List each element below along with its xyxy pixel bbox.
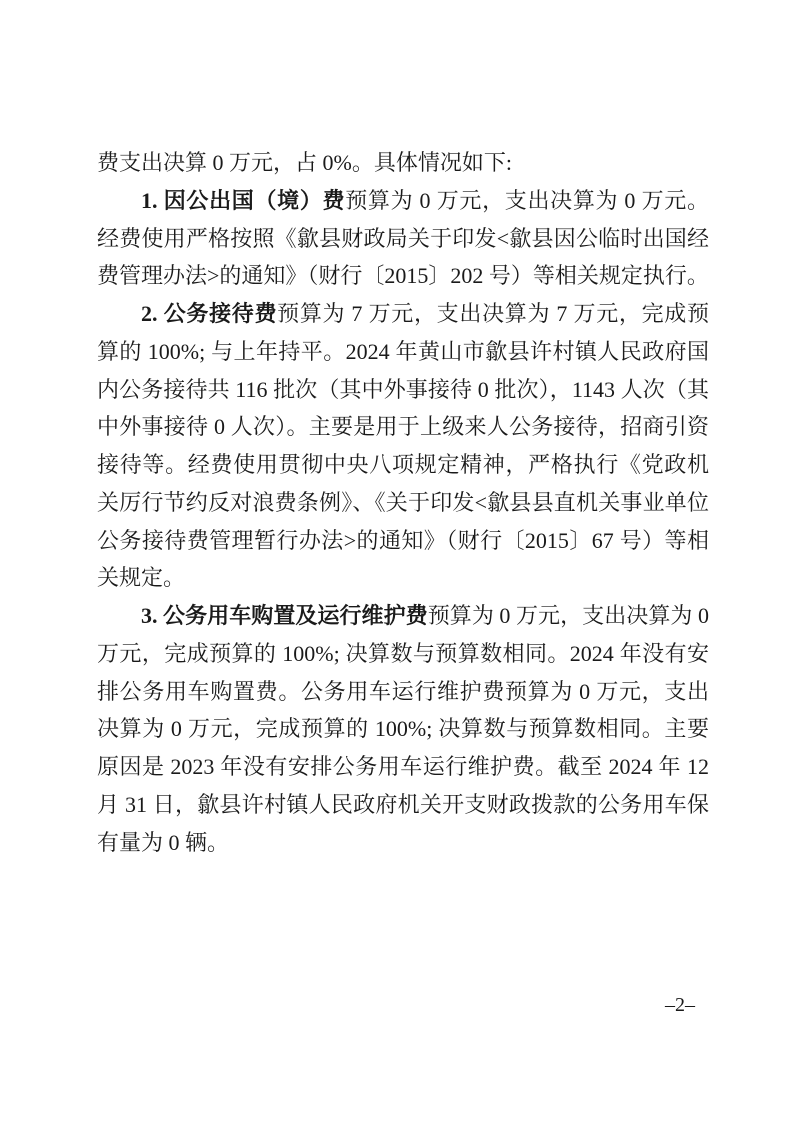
paragraph-heading-run: 2. 公务接待费: [141, 301, 277, 326]
paragraph: 3. 公务用车购置及运行维护费预算为 0 万元，支出决算为 0 万元，完成预算的…: [97, 597, 709, 861]
paragraph-text-run: 费支出决算 0 万元，占 0%。具体情况如下:: [97, 150, 512, 175]
paragraph: 费支出决算 0 万元，占 0%。具体情况如下:: [97, 144, 709, 182]
paragraph-text-run: 预算为 0 万元，支出决算为 0 万元，完成预算的 100%; 决算数与预算数相…: [97, 603, 709, 855]
paragraph: 1. 因公出国（境）费预算为 0 万元，支出决算为 0 万元。经费使用严格按照《…: [97, 182, 709, 295]
paragraph-heading-run: 1. 因公出国（境）费: [141, 188, 345, 213]
paragraph-heading-run: 3. 公务用车购置及运行维护费: [141, 603, 428, 628]
document-page: 费支出决算 0 万元，占 0%。具体情况如下:1. 因公出国（境）费预算为 0 …: [0, 0, 793, 1122]
paragraph-text-run: 预算为 7 万元，支出决算为 7 万元，完成预算的 100%; 与上年持平。20…: [97, 301, 709, 590]
page-number: –2–: [640, 991, 720, 1019]
paragraph: 2. 公务接待费预算为 7 万元，支出决算为 7 万元，完成预算的 100%; …: [97, 295, 709, 597]
document-body: 费支出决算 0 万元，占 0%。具体情况如下:1. 因公出国（境）费预算为 0 …: [97, 144, 709, 861]
